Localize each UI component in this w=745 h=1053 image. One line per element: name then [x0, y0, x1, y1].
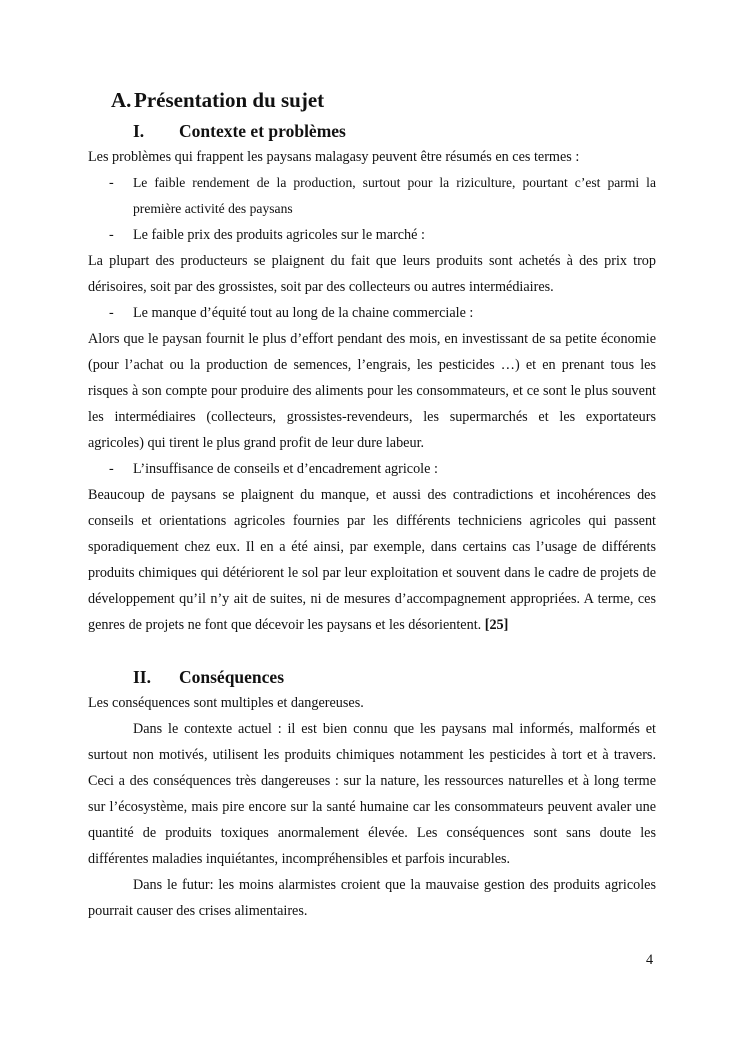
- subsection-number: I.: [133, 118, 179, 144]
- bullet-item: - L’insuffisance de conseils et d’encadr…: [88, 456, 656, 482]
- problems-intro: Les problèmes qui frappent les paysans m…: [88, 144, 656, 170]
- bullet-text: Le manque d’équité tout au long de la ch…: [133, 300, 656, 326]
- consequences-paragraph: Dans le futur: les moins alarmistes croi…: [88, 872, 656, 924]
- section-number: A.: [111, 86, 134, 114]
- bullet-detail-paragraph: La plupart des producteurs se plaignent …: [88, 248, 656, 300]
- bullet-item: - Le manque d’équité tout au long de la …: [88, 300, 656, 326]
- consequences-intro: Les conséquences sont multiples et dange…: [88, 690, 656, 716]
- consequences-paragraph: Dans le contexte actuel : il est bien co…: [88, 716, 656, 872]
- subsection-number: II.: [133, 664, 179, 690]
- spacer: [88, 638, 656, 664]
- section-heading: A. Présentation du sujet: [111, 86, 656, 114]
- subsection-title: Conséquences: [179, 664, 284, 690]
- bullet-text: Le faible prix des produits agricoles su…: [133, 222, 656, 248]
- citation-reference: [25]: [485, 617, 509, 633]
- subsection-heading-consequences: II. Conséquences: [133, 664, 656, 690]
- bullet-detail-paragraph: Alors que le paysan fournit le plus d’ef…: [88, 326, 656, 456]
- bullet-dash: -: [88, 222, 133, 248]
- subsection-heading-context: I. Contexte et problèmes: [133, 118, 656, 144]
- bullet-detail-paragraph: Beaucoup de paysans se plaignent du manq…: [88, 482, 656, 638]
- bullet-text: L’insuffisance de conseils et d’encadrem…: [133, 456, 656, 482]
- page-number: 4: [646, 950, 653, 970]
- bullet-item: - Le faible prix des produits agricoles …: [88, 222, 656, 248]
- paragraph-text: Beaucoup de paysans se plaignent du manq…: [88, 487, 656, 633]
- bullet-dash: -: [88, 300, 133, 326]
- bullet-text: Le faible rendement de la production, su…: [133, 170, 656, 222]
- bullet-item: - Le faible rendement de la production, …: [88, 170, 656, 222]
- bullet-dash: -: [88, 456, 133, 482]
- section-title: Présentation du sujet: [134, 86, 324, 114]
- document-page: A. Présentation du sujet I. Contexte et …: [88, 86, 656, 924]
- subsection-title: Contexte et problèmes: [179, 118, 346, 144]
- bullet-dash: -: [88, 170, 133, 222]
